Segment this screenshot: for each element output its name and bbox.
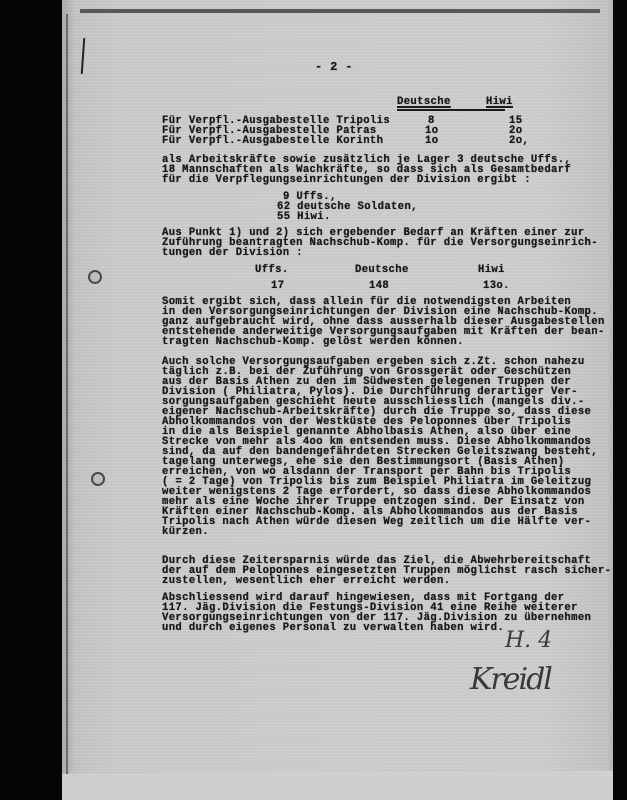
left-margin-line — [66, 14, 68, 774]
text-line: Tripolis nach Athen würde diesen Weg zei… — [162, 517, 591, 528]
page-bottom-edge — [62, 771, 613, 800]
table1-header-rule — [397, 109, 505, 111]
text-line: für die Verpflegungseinrichtungen der Di… — [162, 175, 531, 186]
text-line: tragten Nachschub-Komp. gelöst werden kö… — [162, 337, 464, 348]
table1-row-deutsche: 1o — [425, 136, 438, 147]
table2-header-uffs: Uffs. — [255, 265, 289, 276]
table1-header-hiwi: Hiwi — [486, 97, 513, 108]
table1-header-deutsche: Deutsche — [397, 97, 451, 108]
table2-value-hiwi: 13o. — [483, 281, 510, 292]
punch-hole-lower — [91, 472, 105, 486]
text-line: und durch eigenes Personal zu verwalten … — [162, 623, 504, 634]
table1-row-hiwi: 2o, — [509, 136, 529, 147]
handwritten-initials: H. 4 — [505, 628, 552, 653]
text-line: zustellen, wesentlich eher erreicht werd… — [162, 576, 450, 587]
table2-header-hiwi: Hiwi — [478, 265, 505, 276]
punch-hole-upper — [88, 270, 102, 284]
total-hiwi: 55 Hiwi. — [277, 212, 331, 223]
handwritten-signature: Kreidl — [470, 662, 551, 697]
text-line: kürzen. — [162, 527, 209, 538]
text-line: tungen der Division : — [162, 248, 303, 259]
table1-row-label: Für Verpfl.-Ausgabestelle Korinth — [162, 136, 383, 147]
table2-value-deutsche: 148 — [369, 281, 389, 292]
table2-value-uffs: 17 — [271, 281, 284, 292]
table2-header-deutsche: Deutsche — [355, 265, 409, 276]
page-number: - 2 - — [315, 62, 353, 73]
top-border-line — [80, 9, 600, 13]
